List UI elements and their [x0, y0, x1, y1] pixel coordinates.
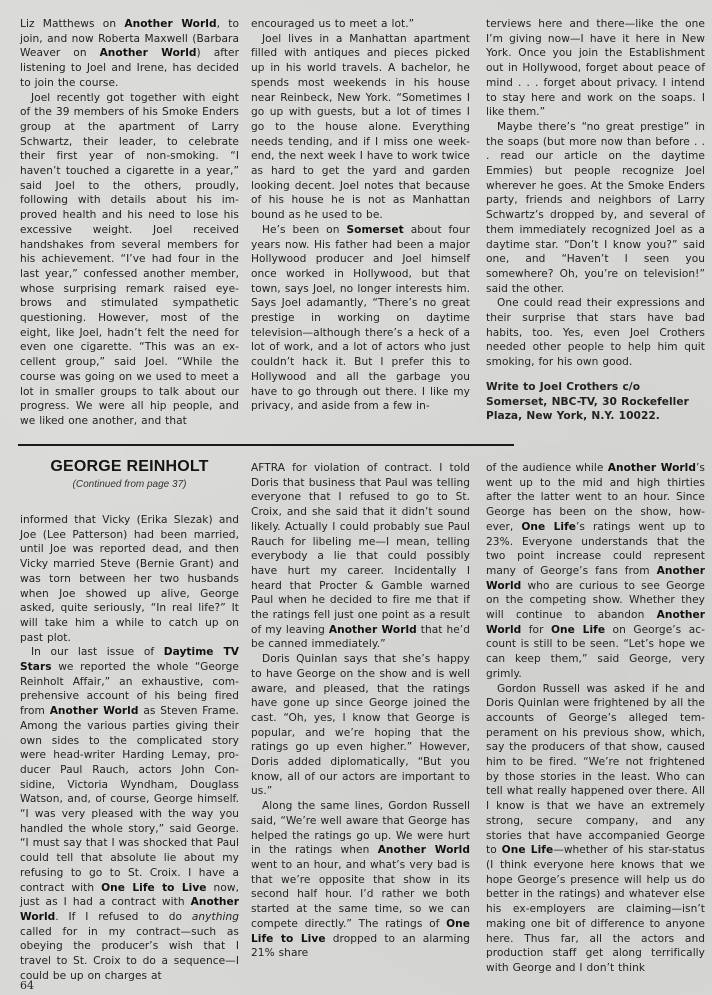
- top-story-column-2: encouraged us to meet a lot.”Joel lives …: [251, 17, 470, 414]
- bold-title: Another World: [124, 18, 216, 30]
- bold-title: Another World: [608, 462, 696, 474]
- paragraph: Gordon Russell was asked if he and Doris…: [486, 682, 705, 976]
- top-story-column-3: terviews here and there—like the one I’m…: [486, 17, 705, 424]
- bold-title: Another World: [378, 844, 470, 856]
- paragraph: Joel recently got together with eight of…: [20, 91, 239, 429]
- bold-title: One Life: [502, 844, 554, 856]
- bold-title: Another World: [329, 624, 417, 636]
- section-divider: [18, 444, 514, 446]
- paragraph: terviews here and there—like the one I’m…: [486, 17, 705, 120]
- bottom-story-column-3: of the audience while Another World’s we…: [486, 461, 705, 976]
- bold-title: Another World: [50, 705, 139, 717]
- article-headline: GEORGE REINHOLT: [20, 458, 239, 476]
- paragraph: Doris Quinlan says that she’s happy to h…: [251, 652, 470, 799]
- paragraph: Along the same lines, Gordon Rus­sell sa…: [251, 799, 470, 961]
- bold-title: Somerset: [346, 224, 403, 236]
- bold-title: Another World: [100, 47, 197, 59]
- page-number: 64: [20, 979, 34, 992]
- paragraph: of the audience while Another World’s we…: [486, 461, 705, 682]
- paragraph: informed that Vicky (Erika Slezak) and J…: [20, 513, 239, 645]
- paragraph: In our last issue of Daytime TV Stars we…: [20, 645, 239, 983]
- paragraph: Joel lives in a Manhattan apartment fill…: [251, 32, 470, 223]
- bottom-story-column-1: informed that Vicky (Erika Slezak) and J…: [20, 513, 239, 984]
- paragraph: Liz Matthews on Another World, to join, …: [20, 17, 239, 91]
- paragraph: AFTRA for violation of contract. I told …: [251, 461, 470, 652]
- bold-title: One Life: [551, 624, 605, 636]
- fan-mail-address: Write to Joel Crothers c/o Somerset, NBC…: [486, 380, 705, 424]
- paragraph: encouraged us to meet a lot.”: [251, 17, 470, 32]
- paragraph: Maybe there’s “no great prestige” in the…: [486, 120, 705, 296]
- paragraph: He’s been on Somerset about four years n…: [251, 223, 470, 414]
- top-story-column-1: Liz Matthews on Another World, to join, …: [20, 17, 239, 429]
- magazine-page: Liz Matthews on Another World, to join, …: [0, 0, 712, 995]
- continued-note: (Continued from page 37): [20, 479, 239, 490]
- paragraph: One could read their expressions and the…: [486, 296, 705, 370]
- bold-title: One Life to Live: [101, 882, 206, 894]
- bold-title: One Life: [521, 521, 576, 533]
- bottom-story-column-2: AFTRA for violation of contract. I told …: [251, 461, 470, 961]
